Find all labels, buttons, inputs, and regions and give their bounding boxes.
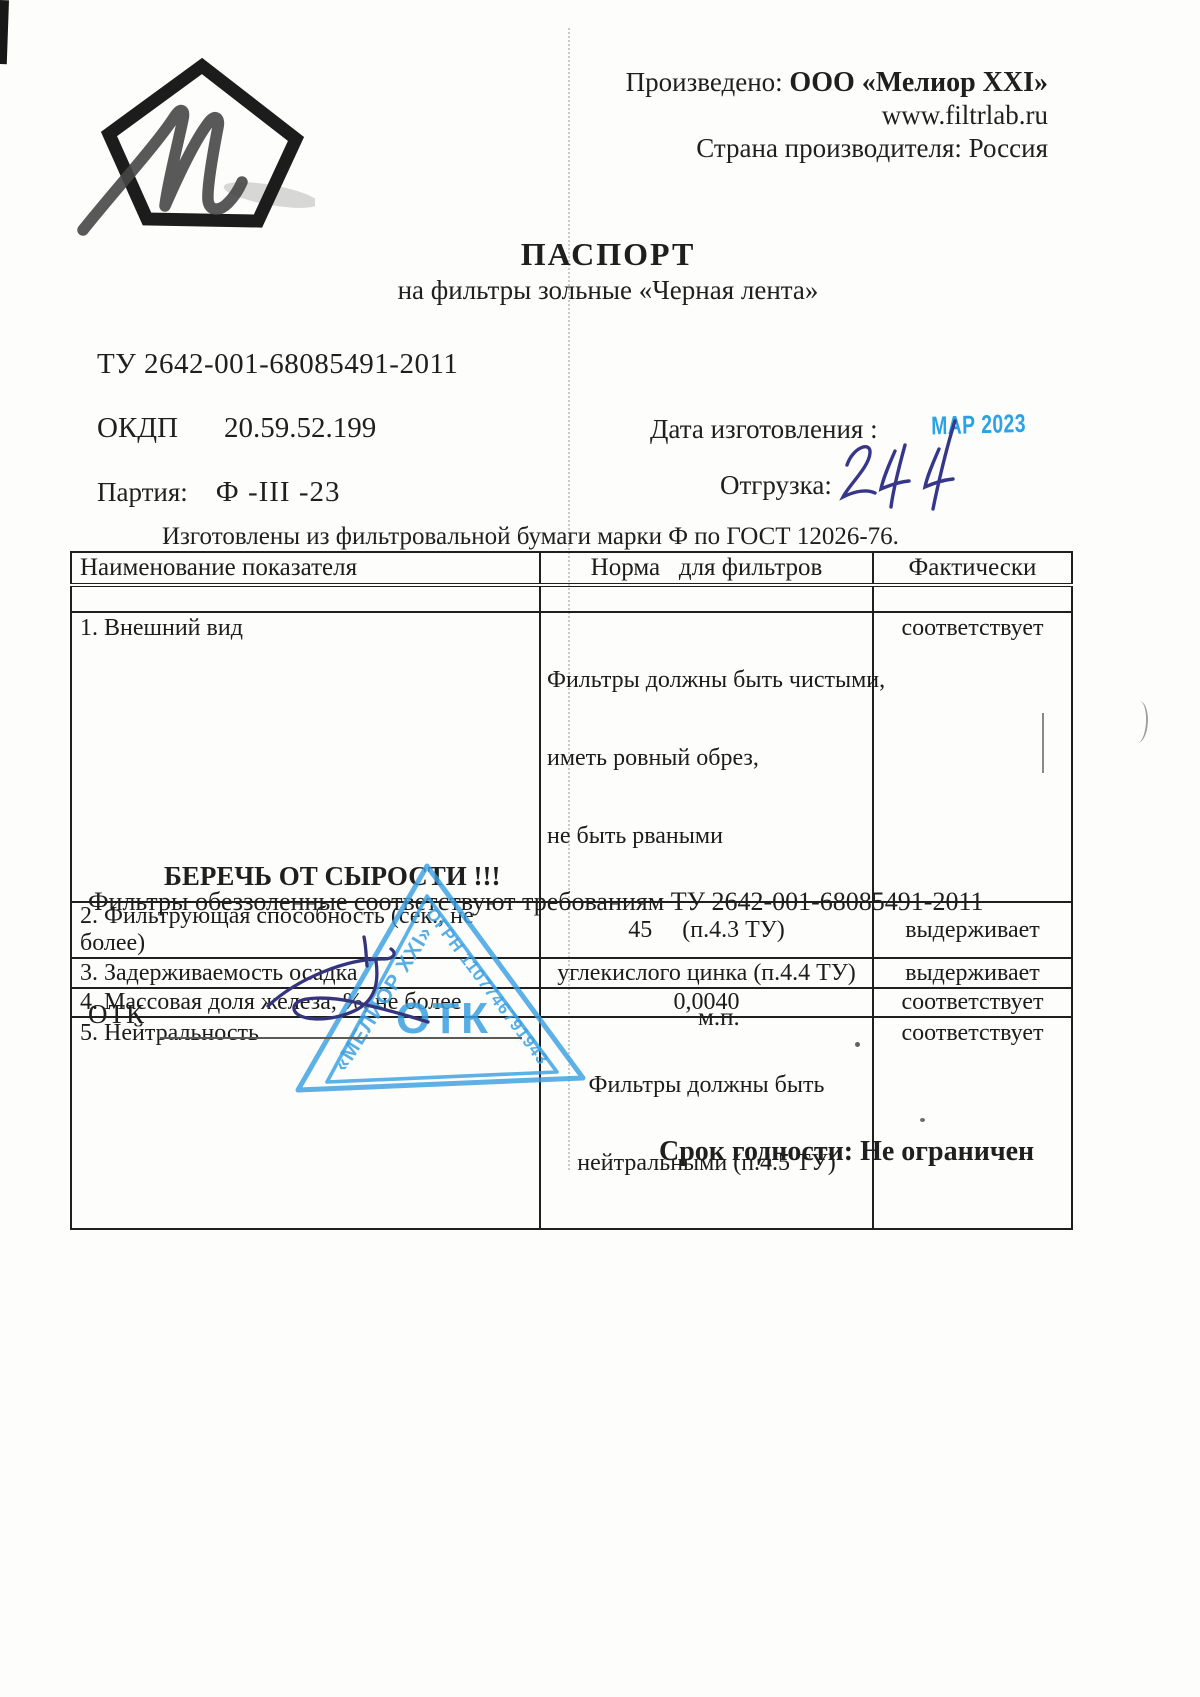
otk-signature-line: [160, 1037, 522, 1039]
row1-norm-line3: не быть рваными: [547, 823, 868, 849]
tu-number: ТУ 2642-001-68085491-2011: [97, 348, 458, 381]
row4-actual: соответствует: [873, 988, 1072, 1017]
row1-actual: соответствует: [873, 612, 1072, 902]
country-line: Страна производителя: Россия: [626, 132, 1048, 165]
row3-actual: выдерживает: [873, 958, 1072, 988]
title-block: ПАСПОРТ на фильтры зольные «Черная лента…: [0, 236, 1200, 306]
made-from-line: Изготовлены из фильтровальной бумаги мар…: [162, 523, 899, 551]
header-norm: Норма для фильтров: [540, 552, 873, 585]
header-actual: Фактически: [873, 552, 1072, 585]
producer-line: Произведено: ООО «Мелиор XXI»: [626, 66, 1048, 99]
passport-document-page: Произведено: ООО «Мелиор XXI» www.filtrl…: [0, 0, 1200, 1697]
scan-stray-mark: [1131, 701, 1149, 744]
produced-label: Произведено:: [626, 67, 790, 97]
producer-name: ООО «Мелиор XXI»: [789, 67, 1048, 98]
melior-pentagon-logo-icon: [75, 58, 315, 248]
table-spacer-row: [71, 585, 1072, 612]
row1-norm-line2: иметь ровный обрез,: [547, 745, 868, 771]
website-text: www.filtrlab.ru: [626, 99, 1048, 132]
table-header-row: Наименование показателя Норма для фильтр…: [71, 552, 1072, 585]
batch-value: Ф -III -23: [216, 476, 341, 508]
row5-actual: соответствует: [873, 1017, 1072, 1229]
scan-edge-artifact: [0, 0, 9, 64]
batch-label: Партия:: [97, 477, 188, 507]
row1-norm-line1: Фильтры должны быть чистыми,: [547, 667, 868, 693]
document-title: ПАСПОРТ: [0, 236, 1200, 273]
header-name: Наименование показателя: [71, 552, 540, 585]
okdp-label: ОКДП: [97, 412, 178, 444]
okdp-value: 20.59.52.199: [224, 412, 376, 444]
shelf-life-line: Срок годности: Не ограничен: [659, 1136, 1034, 1168]
shipment-handwritten-value: [833, 413, 1008, 521]
otk-signature: [248, 922, 463, 1047]
batch-line: Партия:Ф -III -23: [97, 476, 341, 509]
producer-block: Произведено: ООО «Мелиор XXI» www.filtrl…: [626, 66, 1048, 165]
document-subtitle: на фильтры зольные «Черная лента»: [0, 275, 1200, 306]
otk-label: ОТК: [88, 999, 145, 1030]
okdp-line: ОКДП20.59.52.199: [97, 412, 376, 445]
shipment-label: Отгрузка:: [720, 470, 832, 501]
mp-label: м.п.: [698, 1004, 740, 1032]
